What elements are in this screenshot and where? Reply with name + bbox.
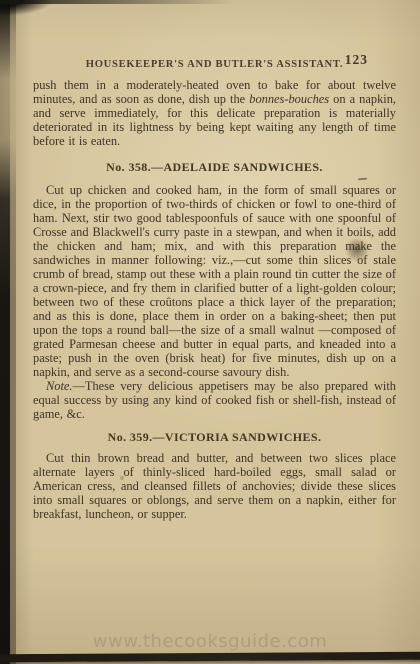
note-label: Note. [46, 379, 73, 393]
recipe-heading-358: No. 358.—ADELAIDE SANDWICHES. [33, 160, 396, 175]
ink-smudge-blemish [342, 236, 372, 272]
recipe-358-note: Note.—These very delicious appetisers ma… [33, 379, 396, 421]
recipe-359-body: Cut thin brown bread and butter, and bet… [33, 451, 396, 521]
book-title: HOUSEKEEPER'S AND BUTLER'S ASSISTANT. [86, 59, 343, 70]
note-text: —These very delicious appetisers may be … [33, 379, 396, 421]
page-content: HOUSEKEEPER'S AND BUTLER'S ASSISTANT. 12… [10, 0, 420, 664]
page-number: 123 [345, 52, 368, 68]
photo-left-edge-shadow [0, 0, 10, 664]
recipe-heading-359: No. 359.—VICTORIA SANDWICHES. [33, 430, 396, 445]
photo-top-edge-shadow [0, 0, 235, 4]
book-page-photo: HOUSEKEEPER'S AND BUTLER'S ASSISTANT. 12… [0, 0, 420, 664]
intro-italic-term: bonnes-bouches [249, 92, 329, 106]
photo-left-edge-fade [10, 0, 16, 664]
paper-speck [306, 400, 309, 403]
running-header: HOUSEKEEPER'S AND BUTLER'S ASSISTANT. 12… [33, 54, 396, 68]
paper-speck [120, 476, 124, 480]
watermark-text: www.thecooksguide.com [0, 631, 420, 652]
recipe-358-body: Cut up chicken and cooked ham, in the fo… [33, 183, 396, 379]
intro-paragraph: push them in a moderately-heated oven to… [33, 78, 396, 148]
